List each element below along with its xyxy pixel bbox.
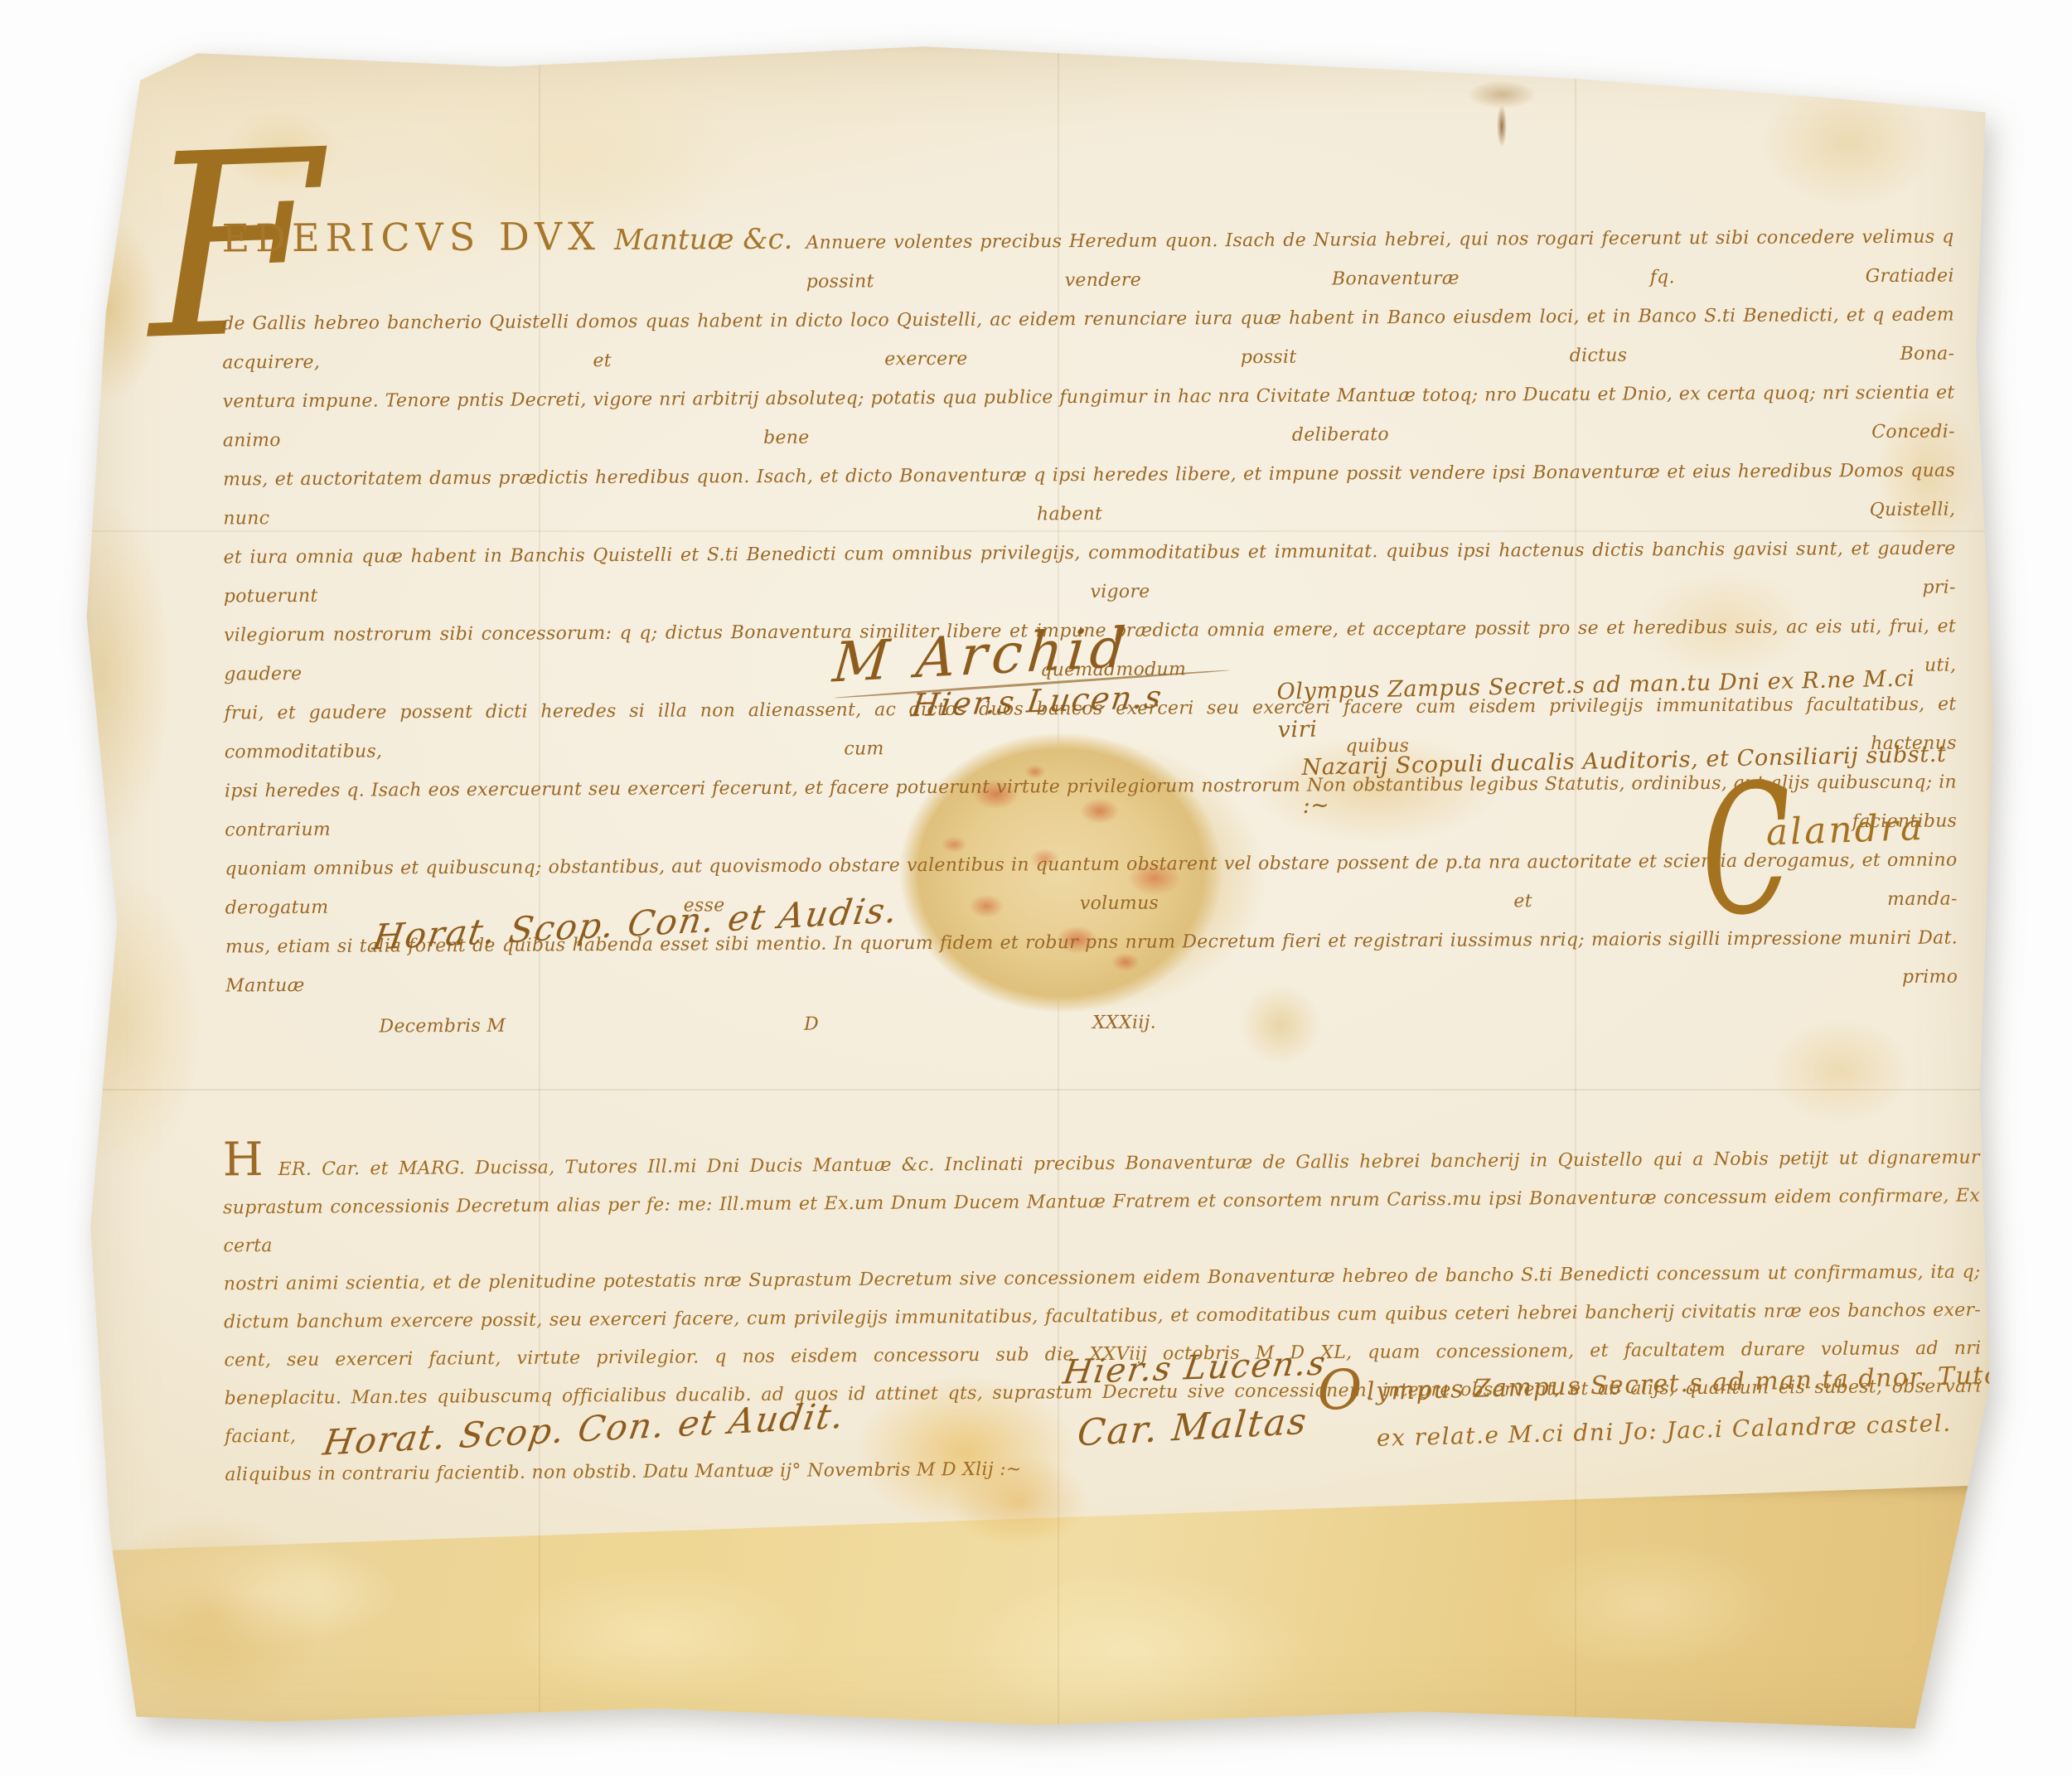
confirmation-line: suprastum concessionis Decretum alias pe… (223, 1178, 1981, 1266)
parchment-shadow-wrap: F EDERICVS DVX Mantuæ &c. Annuere volent… (0, 0, 2072, 1775)
decree-line: de Gallis hebreo bancherio Quistelli dom… (222, 296, 1954, 383)
dateline-year: XXXiij. (1092, 1004, 1156, 1042)
dateline-month: Decembris M (379, 1007, 506, 1047)
calandra-initial-c: C (1700, 793, 1794, 907)
secretary-note-line: Olympus Zampus Secret.s ad man.tu Dni ex… (1276, 659, 1958, 749)
secretary-initial-o: O (1316, 1357, 1364, 1422)
photo-stage: F EDERICVS DVX Mantuæ &c. Annuere volent… (0, 0, 2072, 1775)
signature-calandra: C alandra (1677, 789, 1927, 908)
decree-opening-text: Annuere volentes precibus Heredum quon. … (806, 218, 1954, 302)
decree-line: mus, et auctoritatem damus prædictis her… (223, 452, 1955, 539)
decree-header: EDERICVS DVX (221, 214, 601, 260)
decree-header-suffix: Mantuæ &c. (614, 223, 793, 257)
decree-opening-line: EDERICVS DVX Mantuæ &c. Annuere volentes… (221, 207, 1954, 305)
decree-line: ventura impune. Tenore pntis Decreti, vi… (222, 374, 1954, 461)
decree-line: et iura omnia quæ habent in Banchis Quis… (223, 530, 1955, 617)
confirmation-initial-h: H (223, 1133, 267, 1187)
parchment-document: F EDERICVS DVX Mantuæ &c. Annuere volent… (83, 43, 1993, 1734)
dateline-d: D (804, 1005, 819, 1044)
